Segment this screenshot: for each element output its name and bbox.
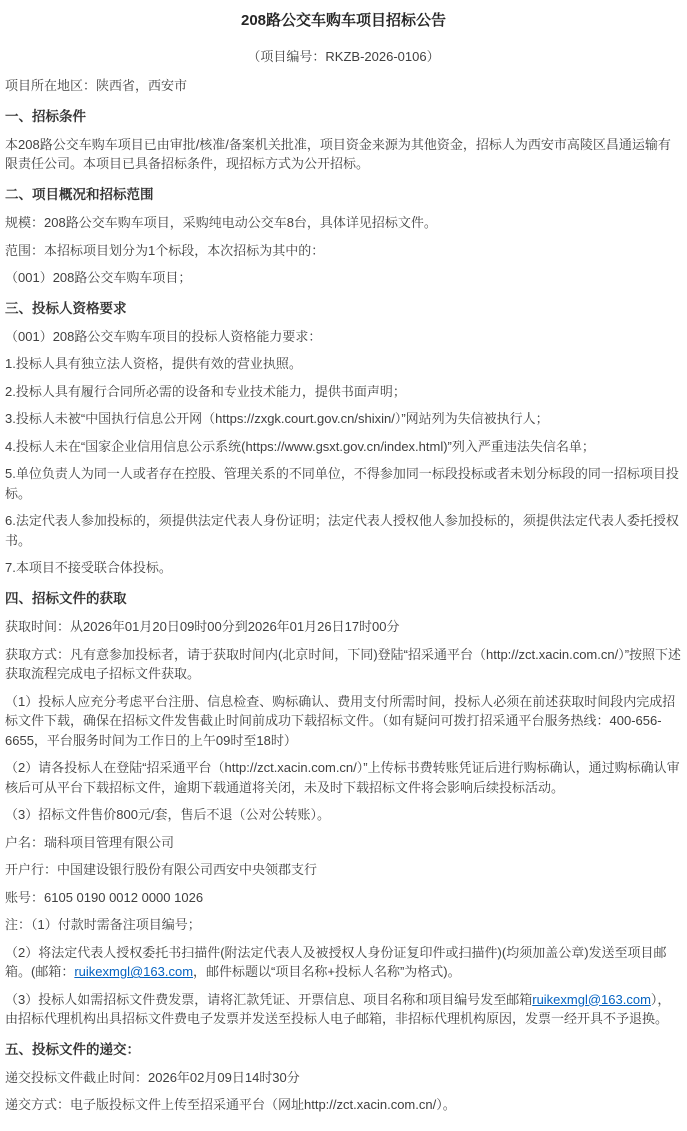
project-location: 项目所在地区：陕西省，西安市 xyxy=(5,76,682,96)
qualification-intro-line: （001）208路公交车购车项目的投标人资格能力要求： xyxy=(5,327,682,347)
account-number-line: 账号：6105 0190 0012 0000 1026 xyxy=(5,888,682,908)
acquisition-method-line: 获取方式：凡有意参加投标者，请于获取时间内(北京时间，下同)登陆“招采通平台（h… xyxy=(5,645,682,684)
qualification-item-4: 4.投标人未在“国家企业信用信息公示系统(https://www.gsxt.go… xyxy=(5,437,682,457)
section-5-heading: 五、投标文件的递交： xyxy=(5,1040,682,1060)
payment-note-1: 注：（1）付款时需备注项目编号； xyxy=(5,915,682,935)
tender-conditions-paragraph: 本208路公交车购车项目已由审批/核准/备案机关批准，项目资金来源为其他资金，招… xyxy=(5,135,682,174)
email-link[interactable]: ruikexmgl@163.com xyxy=(74,964,193,979)
email-link[interactable]: ruikexmgl@163.com xyxy=(532,992,651,1007)
section-2-heading: 二、项目概况和招标范围 xyxy=(5,185,682,205)
qualification-item-1: 1.投标人具有独立法人资格，提供有效的营业执照。 xyxy=(5,354,682,374)
submission-method-line: 递交方式：电子版投标文件上传至招采通平台（网址http://zct.xacin.… xyxy=(5,1095,682,1115)
acquisition-step-3: （3）招标文件售价800元/套，售后不退（公对公转账）。 xyxy=(5,805,682,825)
section-1-heading: 一、招标条件 xyxy=(5,107,682,127)
payment-note-3-text: （3）投标人如需招标文件费发票，请将汇款凭证、开票信息、项目名称和项目编号发至邮… xyxy=(5,992,532,1007)
payment-note-2: （2）将法定代表人授权委托书扫描件(附法定代表人及被授权人身份证复印件或扫描件)… xyxy=(5,943,682,982)
acquisition-step-2: （2）请各投标人在登陆“招采通平台（http://zct.xacin.com.c… xyxy=(5,758,682,797)
payment-note-3: （3）投标人如需招标文件费发票，请将汇款凭证、开票信息、项目名称和项目编号发至邮… xyxy=(5,990,682,1029)
account-name-line: 户名：瑞科项目管理有限公司 xyxy=(5,833,682,853)
qualification-item-5: 5.单位负责人为同一人或者存在控股、管理关系的不同单位，不得参加同一标段投标或者… xyxy=(5,464,682,503)
tender-announcement-document: 208路公交车购车项目招标公告 （项目编号：RKZB-2026-0106） 项目… xyxy=(0,0,687,1131)
acquisition-step-1: （1）投标人应充分考虑平台注册、信息检查、购标确认、费用支付所需时间，投标人必须… xyxy=(5,692,682,751)
project-scale-line: 规模：208路公交车购车项目，采购纯电动公交车8台，具体详见招标文件。 xyxy=(5,213,682,233)
section-4-heading: 四、招标文件的获取 xyxy=(5,589,682,609)
qualification-item-7: 7.本项目不接受联合体投标。 xyxy=(5,558,682,578)
lot-line: （001）208路公交车购车项目； xyxy=(5,268,682,288)
section-3-heading: 三、投标人资格要求 xyxy=(5,299,682,319)
submission-deadline-line: 递交投标文件截止时间：2026年02月09日14时30分 xyxy=(5,1068,682,1088)
qualification-item-3: 3.投标人未被“中国执行信息公开网（https://zxgk.court.gov… xyxy=(5,409,682,429)
acquisition-time-line: 获取时间：从2026年01月20日09时00分到2026年01月26日17时00… xyxy=(5,617,682,637)
qualification-item-6: 6.法定代表人参加投标的，须提供法定代表人身份证明；法定代表人授权他人参加投标的… xyxy=(5,511,682,550)
document-title: 208路公交车购车项目招标公告 xyxy=(5,10,682,33)
payment-note-2-text-suffix: ，邮件标题以“项目名称+投标人名称”为格式)。 xyxy=(193,964,461,979)
bank-line: 开户行：中国建设银行股份有限公司西安中央领郡支行 xyxy=(5,860,682,880)
project-scope-line: 范围：本招标项目划分为1个标段，本次招标为其中的： xyxy=(5,241,682,261)
qualification-item-2: 2.投标人具有履行合同所必需的设备和专业技术能力，提供书面声明； xyxy=(5,382,682,402)
project-number: （项目编号：RKZB-2026-0106） xyxy=(5,47,682,67)
